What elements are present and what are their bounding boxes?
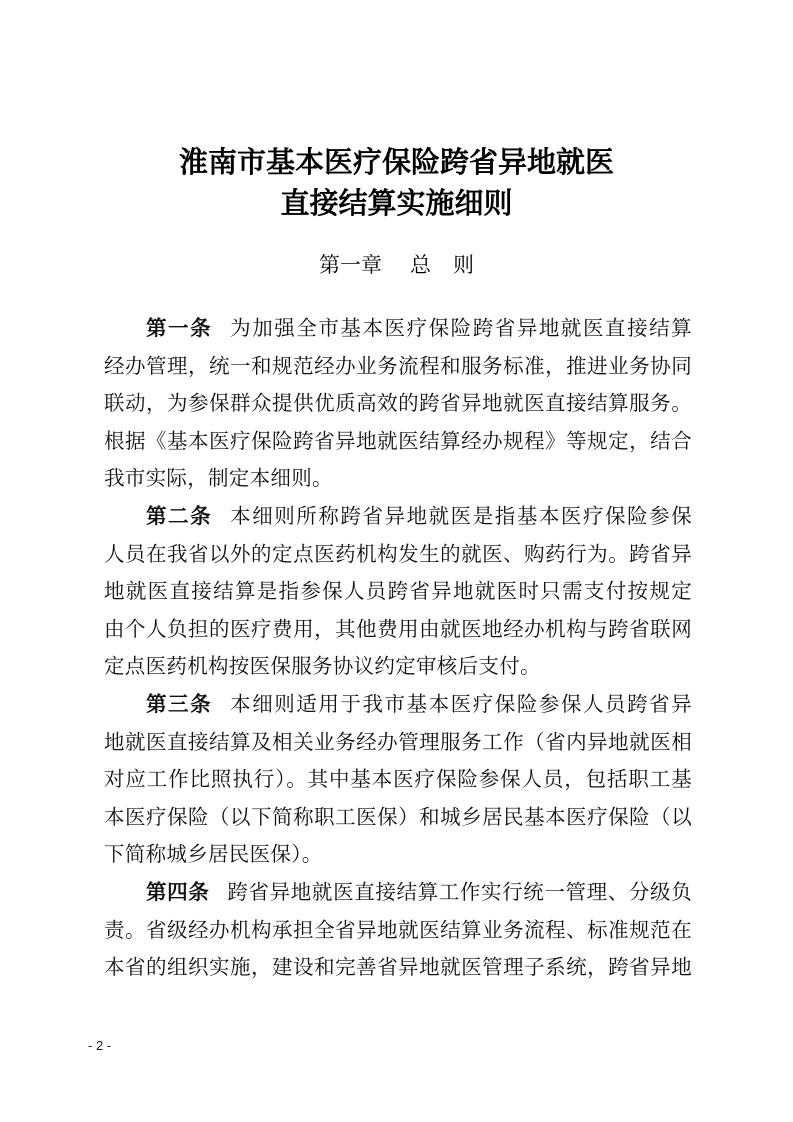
- article-line: 我市实际，制定本细则。: [104, 460, 692, 498]
- article-line: 下简称城乡居民医保）。: [104, 836, 692, 874]
- article-text: 为加强全市基本医疗保险跨省异地就医直接结算: [230, 316, 692, 340]
- chapter-name-part-1: 总: [410, 250, 431, 280]
- article-label: 第四条: [146, 880, 209, 904]
- article-line: 第四条跨省异地就医直接结算工作实行统一管理、分级负: [104, 874, 692, 912]
- article-2: 第二条本细则所称跨省异地就医是指基本医疗保险参保 人员在我省以外的定点医药机构发…: [104, 498, 692, 686]
- article-1: 第一条为加强全市基本医疗保险跨省异地就医直接结算 经办管理，统一和规范经办业务流…: [104, 310, 692, 498]
- document-title-line-1: 淮南市基本医疗保险跨省异地就医: [0, 142, 793, 182]
- chapter-number: 第一章: [319, 250, 382, 280]
- article-line: 本省的组织实施，建设和完善省异地就医管理子系统，跨省异地: [104, 949, 692, 987]
- article-line: 本医疗保险（以下简称职工医保）和城乡居民基本医疗保险（以: [104, 799, 692, 837]
- article-3: 第三条本细则适用于我市基本医疗保险参保人员跨省异 地就医直接结算及相关业务经办管…: [104, 686, 692, 874]
- article-line: 由个人负担的医疗费用，其他费用由就医地经办机构与跨省联网: [104, 611, 692, 649]
- article-line: 第三条本细则适用于我市基本医疗保险参保人员跨省异: [104, 686, 692, 724]
- page-number: - 2 -: [88, 1038, 111, 1053]
- document-title-line-2: 直接结算实施细则: [0, 183, 793, 223]
- article-line: 定点医药机构按医保服务协议约定审核后支付。: [104, 648, 692, 686]
- chapter-heading: 第一章总则: [0, 250, 793, 280]
- article-line: 责。省级经办机构承担全省异地就医结算业务流程、标准规范在: [104, 912, 692, 950]
- article-text: 跨省异地就医直接结算工作实行统一管理、分级负: [227, 880, 692, 904]
- article-line: 经办管理，统一和规范经办业务流程和服务标准，推进业务协同: [104, 348, 692, 386]
- article-text: 本细则所称跨省异地就医是指基本医疗保险参保: [230, 504, 692, 528]
- article-line: 人员在我省以外的定点医药机构发生的就医、购药行为。跨省异: [104, 536, 692, 574]
- chapter-name-part-2: 则: [453, 250, 474, 280]
- article-line: 联动，为参保群众提供优质高效的跨省异地就医直接结算服务。: [104, 385, 692, 423]
- article-line: 地就医直接结算及相关业务经办管理服务工作（省内异地就医相: [104, 724, 692, 762]
- article-label: 第一条: [146, 316, 212, 340]
- article-line: 对应工作比照执行）。其中基本医疗保险参保人员，包括职工基: [104, 761, 692, 799]
- article-label: 第二条: [146, 504, 212, 528]
- article-text: 本细则适用于我市基本医疗保险参保人员跨省异: [230, 692, 692, 716]
- document-body: 第一条为加强全市基本医疗保险跨省异地就医直接结算 经办管理，统一和规范经办业务流…: [104, 310, 692, 987]
- article-label: 第三条: [146, 692, 212, 716]
- article-line: 第一条为加强全市基本医疗保险跨省异地就医直接结算: [104, 310, 692, 348]
- article-4: 第四条跨省异地就医直接结算工作实行统一管理、分级负 责。省级经办机构承担全省异地…: [104, 874, 692, 987]
- article-line: 根据《基本医疗保险跨省异地就医结算经办规程》等规定，结合: [104, 423, 692, 461]
- document-page: 淮南市基本医疗保险跨省异地就医 直接结算实施细则 第一章总则 第一条为加强全市基…: [0, 0, 793, 1122]
- article-line: 第二条本细则所称跨省异地就医是指基本医疗保险参保: [104, 498, 692, 536]
- article-line: 地就医直接结算是指参保人员跨省异地就医时只需支付按规定: [104, 573, 692, 611]
